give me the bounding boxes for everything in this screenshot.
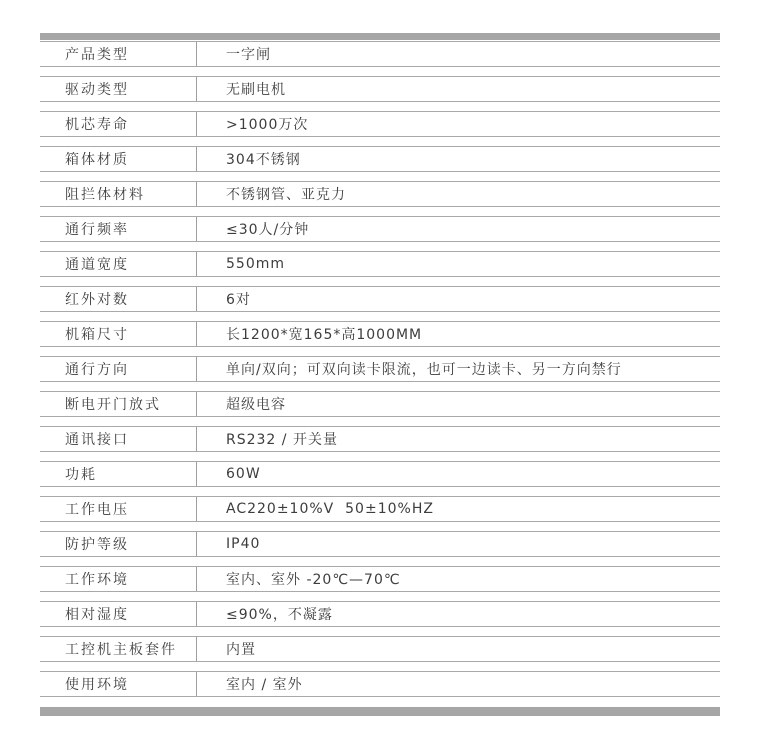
spec-value: 单向/双向；可双向读卡限流，也可一边读卡、另一方向禁行 — [196, 357, 720, 381]
spec-row: 通行方向 单向/双向；可双向读卡限流，也可一边读卡、另一方向禁行 — [40, 356, 720, 382]
spec-label: 通行方向 — [40, 357, 196, 381]
spec-value: 60W — [196, 462, 720, 486]
spec-row: 红外对数 6对 — [40, 286, 720, 312]
spec-label: 阻拦体材料 — [40, 182, 196, 206]
spec-label: 通讯接口 — [40, 427, 196, 451]
spec-label: 产品类型 — [40, 42, 196, 66]
spec-value: 304不锈钢 — [196, 147, 720, 171]
spec-row: 通行频率 ≤30人/分钟 — [40, 216, 720, 242]
spec-value: 内置 — [196, 637, 720, 661]
spec-row: 机箱尺寸 长1200*宽165*高1000MM — [40, 321, 720, 347]
spec-value: 一字闸 — [196, 42, 720, 66]
spec-label: 工作环境 — [40, 567, 196, 591]
spec-label: 使用环境 — [40, 672, 196, 696]
spec-label: 机芯寿命 — [40, 112, 196, 136]
spec-label: 箱体材质 — [40, 147, 196, 171]
spec-label: 防护等级 — [40, 532, 196, 556]
spec-label: 驱动类型 — [40, 77, 196, 101]
spec-value: 550mm — [196, 252, 720, 276]
spec-label: 断电开门放式 — [40, 392, 196, 416]
spec-row: 箱体材质 304不锈钢 — [40, 146, 720, 172]
spec-row: 功耗 60W — [40, 461, 720, 487]
spec-row: 工作电压 AC220±10%V 50±10%HZ — [40, 496, 720, 522]
spec-value: 不锈钢管、亚克力 — [196, 182, 720, 206]
spec-row: 阻拦体材料 不锈钢管、亚克力 — [40, 181, 720, 207]
spec-label: 功耗 — [40, 462, 196, 486]
spec-row: 断电开门放式 超级电容 — [40, 391, 720, 417]
spec-value: 长1200*宽165*高1000MM — [196, 322, 720, 346]
spec-value: 超级电容 — [196, 392, 720, 416]
spec-value: RS232 / 开关量 — [196, 427, 720, 451]
spec-value: 室内 / 室外 — [196, 672, 720, 696]
spec-value: 6对 — [196, 287, 720, 311]
spec-row: 通道宽度 550mm — [40, 251, 720, 277]
spec-row: 防护等级 IP40 — [40, 531, 720, 557]
spec-label: 通道宽度 — [40, 252, 196, 276]
spec-label: 通行频率 — [40, 217, 196, 241]
spec-row: 机芯寿命 >1000万次 — [40, 111, 720, 137]
spec-rows: 产品类型 一字闸 驱动类型 无刷电机 机芯寿命 >1000万次 箱体材质 304… — [40, 41, 720, 697]
spec-row: 工作环境 室内、室外 -20℃—70℃ — [40, 566, 720, 592]
spec-row: 工控机主板套件 内置 — [40, 636, 720, 662]
spec-label: 机箱尺寸 — [40, 322, 196, 346]
spec-label: 工作电压 — [40, 497, 196, 521]
spec-value: IP40 — [196, 532, 720, 556]
spec-label: 工控机主板套件 — [40, 637, 196, 661]
spec-label: 红外对数 — [40, 287, 196, 311]
spec-value: AC220±10%V 50±10%HZ — [196, 497, 720, 521]
spec-row: 产品类型 一字闸 — [40, 41, 720, 67]
spec-value: 无刷电机 — [196, 77, 720, 101]
spec-value: >1000万次 — [196, 112, 720, 136]
table-top-bar — [40, 33, 720, 40]
spec-label: 相对湿度 — [40, 602, 196, 626]
product-spec-table: 产品类型 一字闸 驱动类型 无刷电机 机芯寿命 >1000万次 箱体材质 304… — [40, 33, 720, 716]
spec-value: ≤90%，不凝露 — [196, 602, 720, 626]
spec-row: 相对湿度 ≤90%，不凝露 — [40, 601, 720, 627]
spec-value: ≤30人/分钟 — [196, 217, 720, 241]
spec-row: 通讯接口 RS232 / 开关量 — [40, 426, 720, 452]
spec-row: 使用环境 室内 / 室外 — [40, 671, 720, 697]
spec-row: 驱动类型 无刷电机 — [40, 76, 720, 102]
table-bottom-bar — [40, 707, 720, 716]
spec-value: 室内、室外 -20℃—70℃ — [196, 567, 720, 591]
